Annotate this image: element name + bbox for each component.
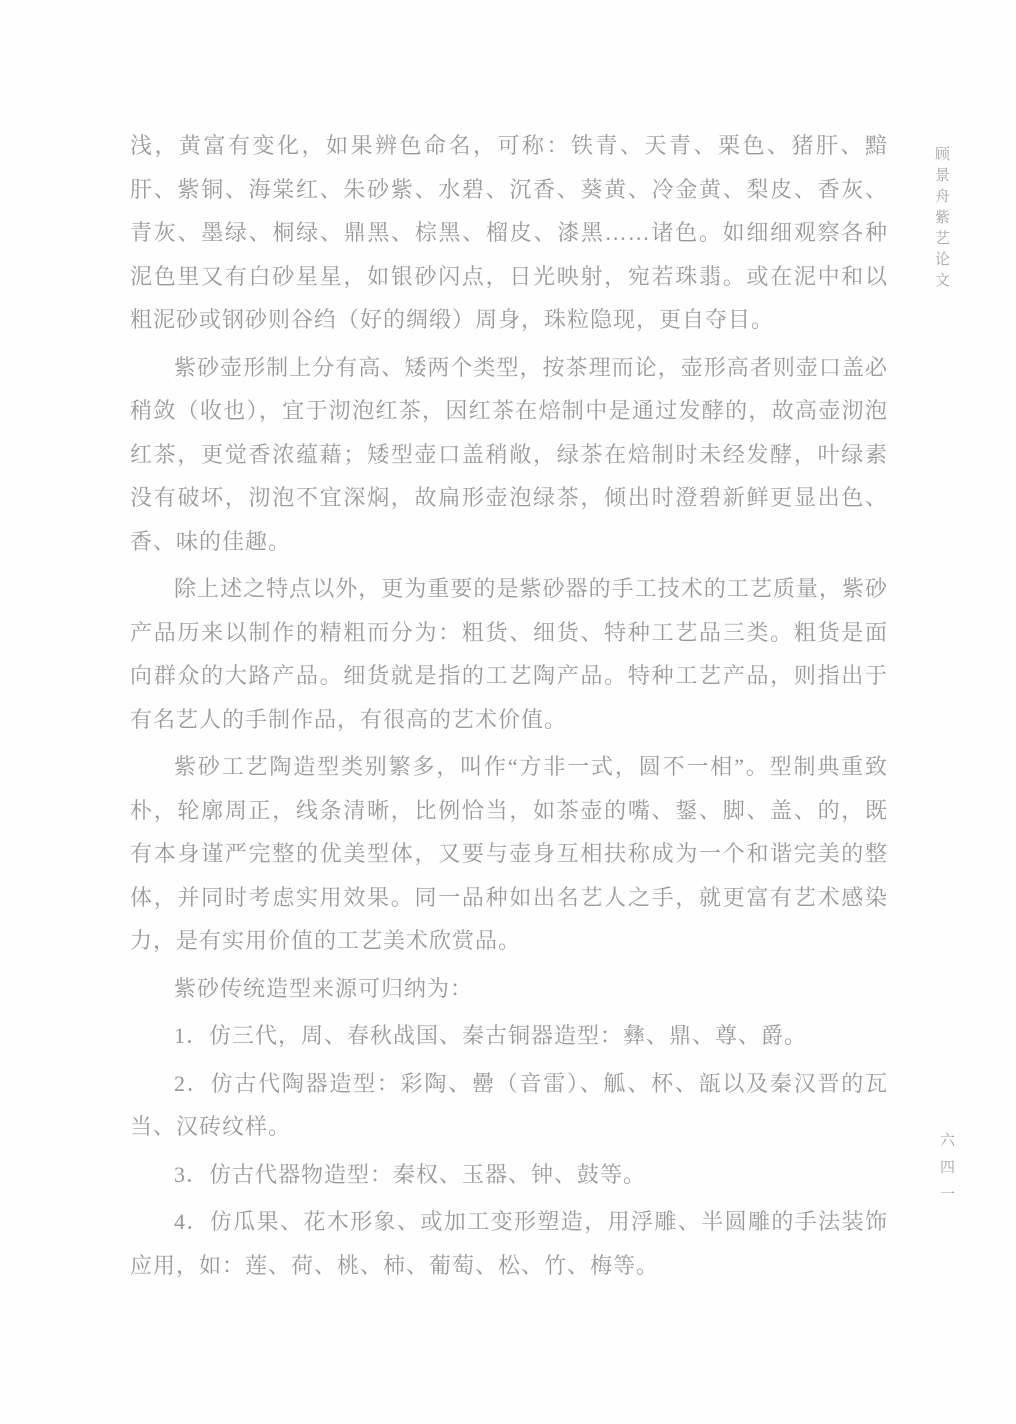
list-item-3: 3．仿古代器物造型：秦权、玉器、钟、鼓等。 — [130, 1153, 888, 1197]
main-text-block: 浅，黄富有变化，如果辨色命名，可称：铁青、天青、栗色、猪肝、黯肝、紫铜、海棠红、… — [130, 124, 888, 1291]
list-item-4: 4．仿瓜果、花木形象、或加工变形塑造，用浮雕、半圆雕的手法装饰应用，如：莲、荷、… — [130, 1200, 888, 1287]
list-item-2: 2．仿古代陶器造型：彩陶、罍（音雷）、觚、杯、瓿以及秦汉晋的瓦当、汉砖纹样。 — [130, 1062, 888, 1149]
paragraph-continuation: 浅，黄富有变化，如果辨色命名，可称：铁青、天青、栗色、猪肝、黯肝、紫铜、海棠红、… — [130, 124, 888, 342]
margin-title: 顾景舟紫艺论文 — [933, 146, 948, 293]
paragraph-design-types: 紫砂工艺陶造型类别繁多，叫作“方非一式，圆不一相”。型制典重致朴，轮廓周正，线条… — [130, 745, 888, 963]
page-number: 六四一 — [938, 1132, 953, 1213]
book-page: 浅，黄富有变化，如果辨色命名，可称：铁青、天青、栗色、猪肝、黯肝、紫铜、海棠红、… — [0, 0, 1016, 1424]
list-item-1: 1．仿三代，周、春秋战国、秦古铜器造型：彝、鼎、尊、爵。 — [130, 1014, 888, 1058]
paragraph-craft-quality: 除上述之特点以外，更为重要的是紫砂器的手工技术的工艺质量，紫砂产品历来以制作的精… — [130, 567, 888, 741]
paragraph-origins-intro: 紫砂传统造型来源可归纳为： — [130, 967, 888, 1011]
paragraph-pot-shapes: 紫砂壶形制上分有高、矮两个类型，按茶理而论，壶形高者则壶口盖必稍敛（收也），宜于… — [130, 346, 888, 564]
